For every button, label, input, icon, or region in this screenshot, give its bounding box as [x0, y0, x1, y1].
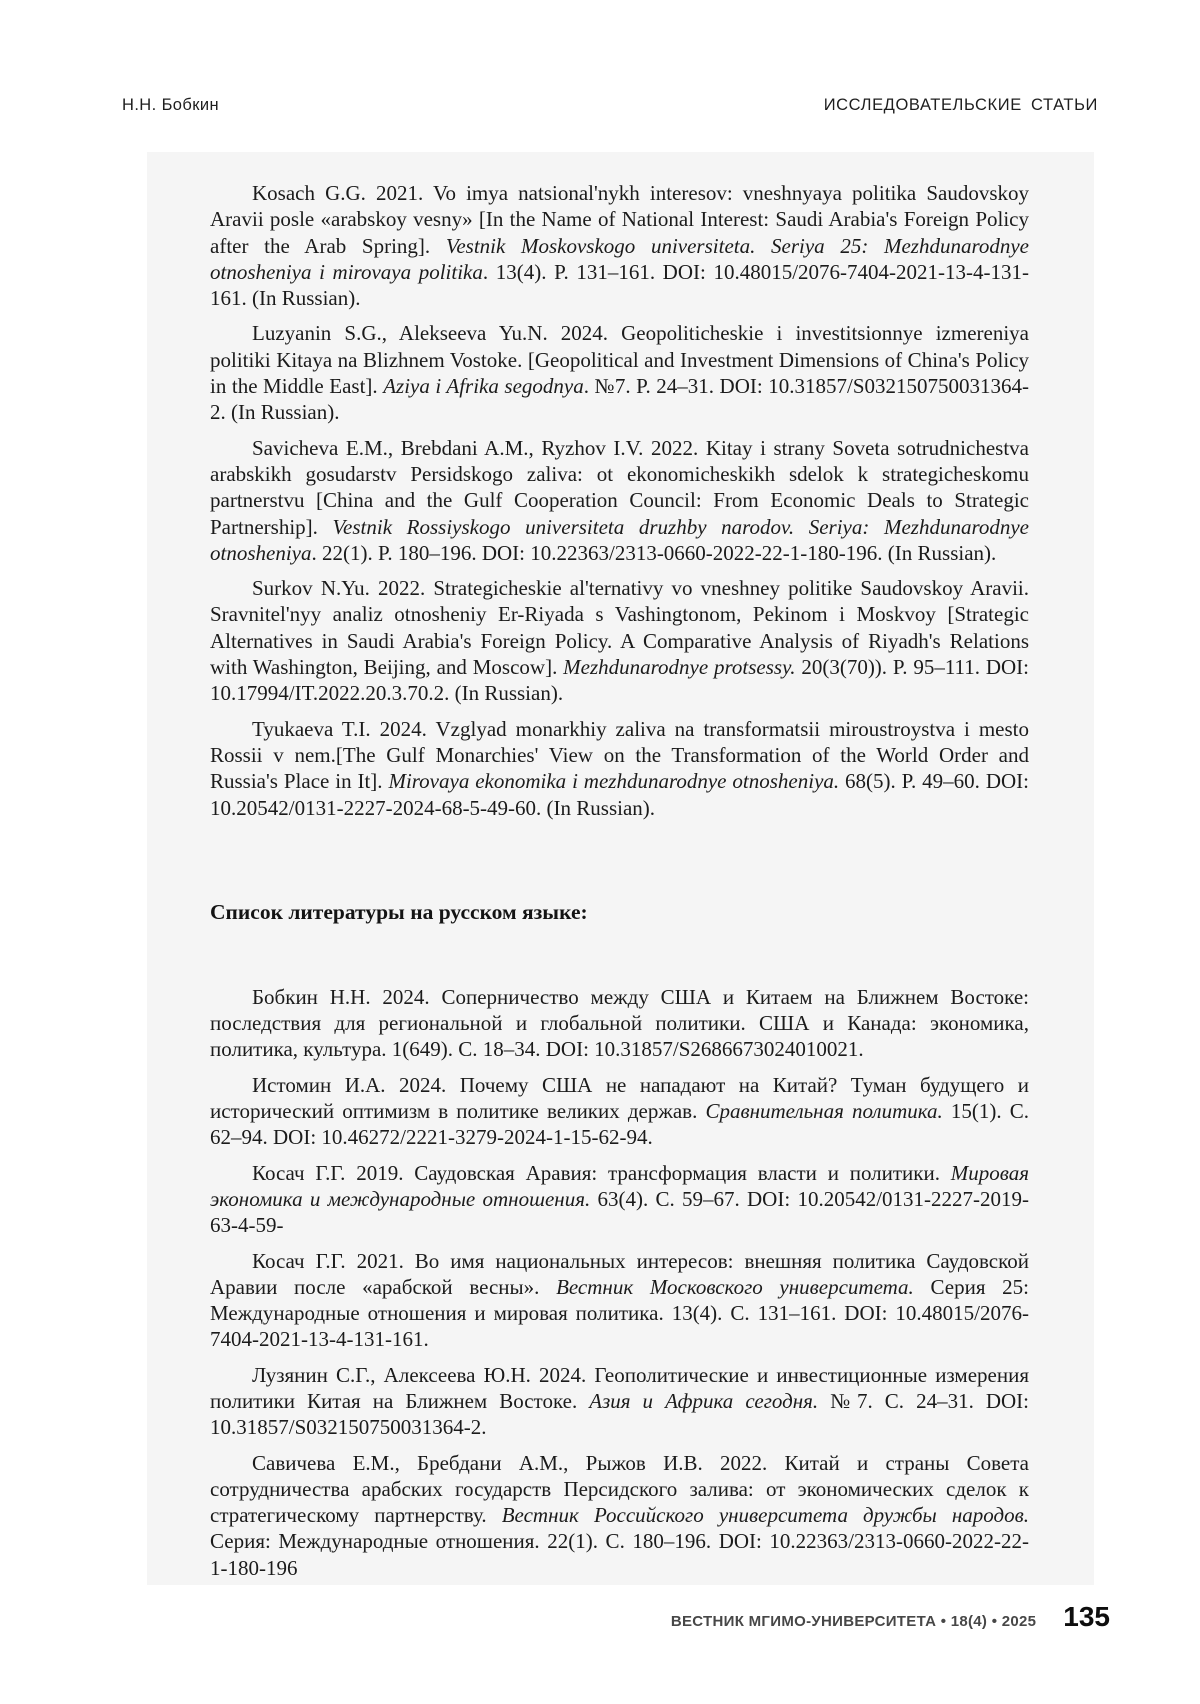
reference-text: . 22(1). P. 180–196. DOI: 10.22363/2313-… — [311, 541, 996, 565]
reference-entry: Kosach G.G. 2021. Vo imya natsional'nykh… — [210, 180, 1029, 311]
reference-entry: Luzyanin S.G., Alekseeva Yu.N. 2024. Geo… — [210, 320, 1029, 425]
running-header-author: Н.Н. Бобкин — [122, 96, 219, 115]
reference-text: Бобкин Н.Н. 2024. Соперничество между СШ… — [210, 985, 1029, 1062]
running-header-section: ИССЛЕДОВАТЕЛЬСКИЕ СТАТЬИ — [824, 96, 1098, 115]
reference-entry: Бобкин Н.Н. 2024. Соперничество между СШ… — [210, 984, 1029, 1063]
reference-entry: Истомин И.А. 2024. Почему США не нападаю… — [210, 1072, 1029, 1151]
reference-text: Серия: Международные отношения. 22(1). С… — [210, 1529, 1029, 1579]
reference-journal-title: Mirovaya ekonomika i mezhdunarodnye otno… — [388, 769, 839, 793]
references-panel: Kosach G.G. 2021. Vo imya natsional'nykh… — [147, 152, 1094, 1585]
running-footer: ВЕСТНИК МГИМО-УНИВЕРСИТЕТА • 18(4) • 202… — [0, 1601, 1110, 1633]
reference-entry: Косач Г.Г. 2019. Саудовская Аравия: тран… — [210, 1160, 1029, 1239]
reference-journal-title: Сравнительная политика. — [705, 1099, 942, 1123]
reference-entry: Savicheva E.M., Brebdani A.M., Ryzhov I.… — [210, 435, 1029, 566]
reference-journal-title: Mezhdunarodnye protsessy. — [563, 655, 795, 679]
footer-page-number: 135 — [1063, 1601, 1110, 1633]
reference-entry: Tyukaeva T.I. 2024. Vzglyad monarkhiy za… — [210, 716, 1029, 821]
references-latin-list: Kosach G.G. 2021. Vo imya natsional'nykh… — [210, 180, 1029, 821]
reference-journal-title: Вестник Российского университета дружбы … — [502, 1503, 1029, 1527]
reference-journal-title: Азия и Африка сегодня. — [589, 1389, 818, 1413]
reference-journal-title: Aziya i Afrika segodnya — [383, 374, 584, 398]
reference-journal-title: Вестник Московского университета. — [556, 1275, 914, 1299]
reference-entry: Лузянин С.Г., Алексеева Ю.Н. 2024. Геопо… — [210, 1362, 1029, 1441]
footer-journal-line: ВЕСТНИК МГИМО-УНИВЕРСИТЕТА • 18(4) • 202… — [671, 1613, 1036, 1630]
reference-entry: Surkov N.Yu. 2022. Strategicheskie al'te… — [210, 575, 1029, 706]
russian-references-heading: Список литературы на русском языке: — [210, 899, 1029, 926]
reference-entry: Савичева Е.М., Бребдани А.М., Рыжов И.В.… — [210, 1450, 1029, 1581]
reference-text: Косач Г.Г. 2019. Саудовская Аравия: тран… — [252, 1161, 951, 1185]
running-header: Н.Н. Бобкин ИССЛЕДОВАТЕЛЬСКИЕ СТАТЬИ — [122, 96, 1098, 115]
reference-entry: Косач Г.Г. 2021. Во имя национальных инт… — [210, 1248, 1029, 1353]
references-russian-list: Бобкин Н.Н. 2024. Соперничество между СШ… — [210, 984, 1029, 1581]
